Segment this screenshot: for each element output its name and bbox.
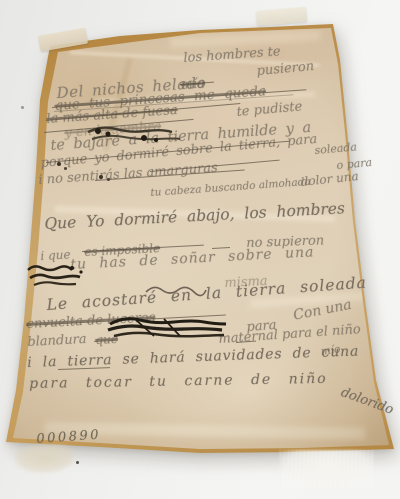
pencil-squiggle [144,282,210,298]
tape-residue-bottom-right [280,450,374,488]
photograph-of-manuscript: los hombres te pusieron Del nichos helad… [0,0,400,499]
ink-speck [57,162,61,166]
handwritten-word: blandura [27,332,87,350]
ink-scribble-left-margin [26,262,88,292]
ink-speck [64,167,67,170]
tape-residue-bottom-left [14,444,75,474]
speck-on-background [21,106,24,109]
ink-scribble-mid [84,122,188,152]
ink-speck [99,175,103,179]
ink-scribble-heavy [106,314,230,342]
speck-on-background [76,461,79,464]
handwritten-word: i que [40,247,71,263]
ink-speck [107,178,110,181]
